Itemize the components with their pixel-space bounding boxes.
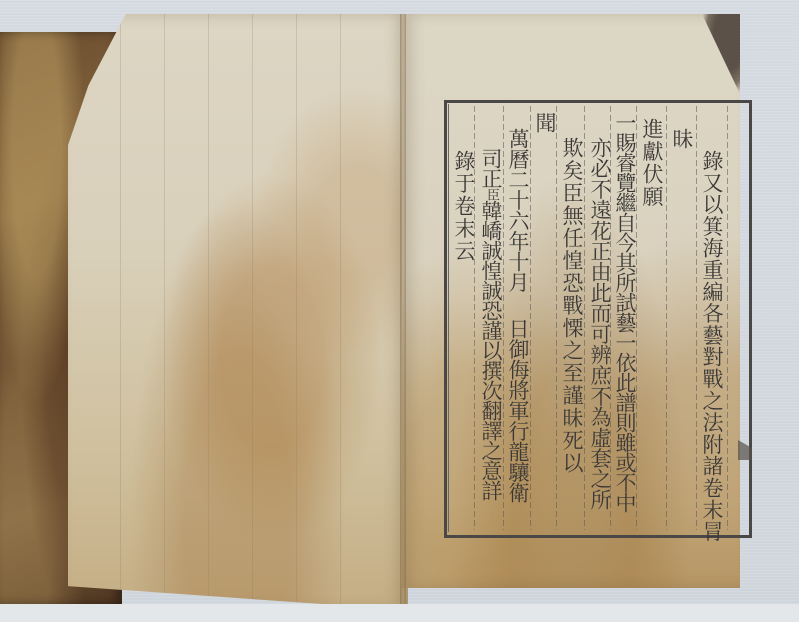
column-rule xyxy=(503,106,504,530)
text-column-2: 昧 xyxy=(670,128,694,151)
left-page xyxy=(68,14,408,610)
text-column-1: 錄又以箕海重編各藝對戰之法附諸卷末冐 xyxy=(700,150,724,542)
author-text: 韓嶠誠惶誠恐謹以撰次翻譯之意詳 xyxy=(479,200,503,500)
page-rule xyxy=(296,14,297,610)
rank-text: 日御侮將軍行龍驤衛 xyxy=(506,318,530,503)
table-surface xyxy=(0,604,799,622)
column-rule xyxy=(584,106,585,530)
subject-marker: 臣 xyxy=(484,188,499,200)
page-rule xyxy=(252,14,253,610)
date-text: 萬曆二十六年十月 xyxy=(506,128,530,292)
text-column-5: 亦必不遠花正由此而可辨庶不為虛套之所 xyxy=(588,137,612,510)
book-gutter xyxy=(400,14,406,610)
text-column-8: 萬曆二十六年十月日御侮將軍行龍驤衛 xyxy=(506,128,530,503)
page-rule xyxy=(120,14,121,610)
page-rule xyxy=(164,14,165,610)
column-rule xyxy=(530,106,531,530)
column-rule xyxy=(666,106,667,530)
text-column-7: 聞 xyxy=(533,112,557,135)
text-column-10: 錄于卷末云 xyxy=(452,150,476,263)
office-text: 司正 xyxy=(479,148,503,188)
text-column-6: 欺矣臣無任惶恐戰慄之至謹昧死以 xyxy=(560,137,584,475)
page-rule xyxy=(208,14,209,610)
page-rule xyxy=(340,14,341,610)
text-column-3: 進獻伏願 xyxy=(640,118,664,208)
column-rule xyxy=(556,106,557,530)
column-rule xyxy=(727,106,728,530)
text-column-4: 一賜睿覽繼自今其所試藝一依此譜則雖或不中 xyxy=(613,112,637,512)
text-column-9: 司正臣韓嶠誠惶誠恐謹以撰次翻譯之意詳 xyxy=(479,148,503,500)
column-rule xyxy=(696,106,697,530)
